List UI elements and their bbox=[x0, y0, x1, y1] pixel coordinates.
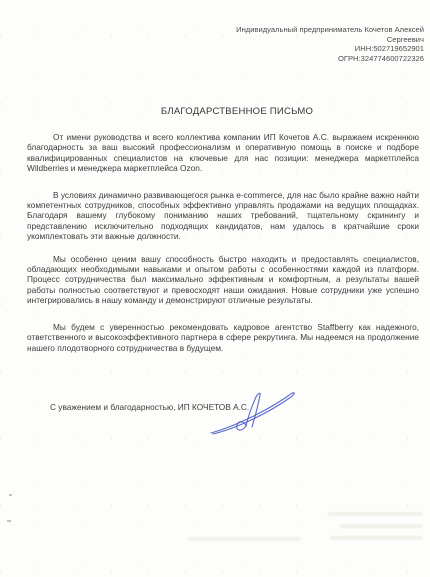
letterhead-entrepreneur-name-2: Сергеевич bbox=[27, 35, 424, 45]
letterhead-entrepreneur-name: Индивидуальный предприниматель Кочетов А… bbox=[27, 25, 424, 35]
letter-document: Индивидуальный предприниматель Кочетов А… bbox=[0, 0, 430, 577]
letterhead: Индивидуальный предприниматель Кочетов А… bbox=[27, 25, 424, 63]
letterhead-inn: ИНН:502719652901 bbox=[27, 44, 424, 54]
scan-bleed-artifact bbox=[328, 512, 423, 516]
scan-speck bbox=[7, 520, 11, 522]
scan-bleed-artifact bbox=[188, 537, 301, 541]
paragraph-gratitude: От имени руководства и всего коллектива … bbox=[27, 132, 419, 174]
scan-bleed-artifact bbox=[330, 536, 423, 540]
paragraph-context: В условиях динамично развивающегося рынк… bbox=[27, 190, 419, 242]
handwritten-signature-icon bbox=[208, 386, 304, 438]
paragraph-recommendation: Мы будем с уверенностью рекомендовать ка… bbox=[27, 322, 419, 353]
scan-speck bbox=[9, 494, 12, 496]
letter-title: БЛАГОДАРСТВЕННОЕ ПИСЬМО bbox=[41, 106, 430, 117]
scan-bleed-artifact bbox=[340, 524, 423, 528]
paragraph-appreciation: Мы особенно ценим вашу способность быстр… bbox=[27, 254, 419, 306]
letterhead-ogrn: ОГРН:324774600722326 bbox=[27, 54, 424, 64]
